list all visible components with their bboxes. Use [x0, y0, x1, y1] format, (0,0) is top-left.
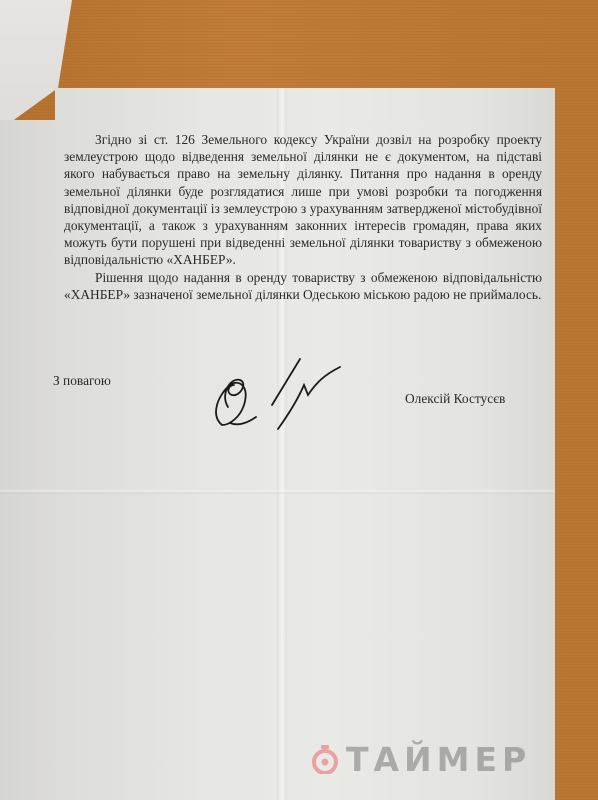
stopwatch-icon [312, 744, 338, 774]
paper-left-edge [0, 120, 60, 800]
paragraph-2: Рішення щодо надання в оренду товариству… [64, 269, 542, 303]
letter-body: Згідно зі ст. 126 Земельного кодексу Укр… [64, 131, 542, 303]
watermark-text: ТАЙМЕР [346, 740, 531, 779]
horizontal-fold-line [0, 490, 555, 494]
timer-watermark: ТАЙМЕР [312, 738, 531, 780]
signature-icon [200, 355, 350, 435]
closing-phrase: З повагою [53, 373, 111, 389]
signer-name: Олексій Костусєв [405, 391, 505, 407]
paragraph-1: Згідно зі ст. 126 Земельного кодексу Укр… [64, 131, 542, 269]
